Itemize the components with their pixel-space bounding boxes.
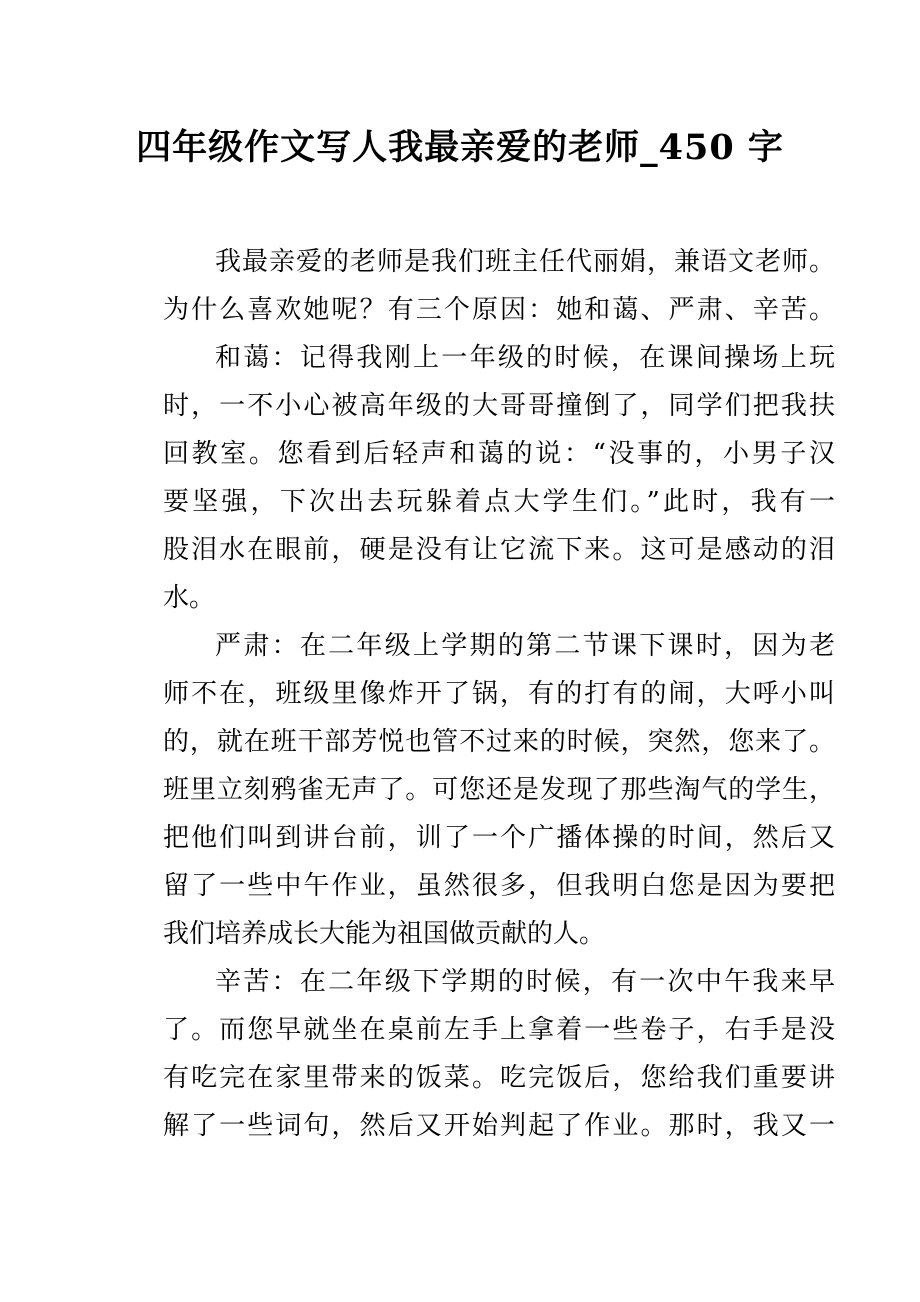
text-line: 班里立刻鸦雀无声了。可您还是发现了那些淘气的学生， xyxy=(163,766,835,814)
text-line: 要坚强，下次出去玩躲着点大学生们。”此时，我有一 xyxy=(163,478,835,526)
text-line: 股泪水在眼前，硬是没有让它流下来。这可是感动的泪 xyxy=(163,526,835,574)
text-line: 留了一些中午作业，虽然很多，但我明白您是因为要把 xyxy=(163,862,835,910)
text-line: 我们培养成长大能为祖国做贡献的人。 xyxy=(163,910,835,958)
document-body: 我最亲爱的老师是我们班主任代丽娟，兼语文老师。为什么喜欢她呢？有三个原因：她和蔼… xyxy=(163,238,835,1150)
text-line: 为什么喜欢她呢？有三个原因：她和蔼、严肃、辛苦。 xyxy=(163,286,835,334)
text-line: 师不在，班级里像炸开了锅，有的打有的闹，大呼小叫 xyxy=(163,670,835,718)
text-line: 的，就在班干部芳悦也管不过来的时候，突然，您来了。 xyxy=(163,718,835,766)
document-page: 四年级作文写人我最亲爱的老师_450 字 我最亲爱的老师是我们班主任代丽娟，兼语… xyxy=(0,0,920,1302)
text-line: 辛苦：在二年级下学期的时候，有一次中午我来早 xyxy=(163,958,835,1006)
text-line: 把他们叫到讲台前，训了一个广播体操的时间，然后又 xyxy=(163,814,835,862)
text-line: 有吃完在家里带来的饭菜。吃完饭后，您给我们重要讲 xyxy=(163,1054,835,1102)
text-line: 时，一不小心被高年级的大哥哥撞倒了，同学们把我扶 xyxy=(163,382,835,430)
text-line: 了。而您早就坐在桌前左手上拿着一些卷子，右手是没 xyxy=(163,1006,835,1054)
text-line: 解了一些词句，然后又开始判起了作业。那时，我又一 xyxy=(163,1102,835,1150)
text-line: 我最亲爱的老师是我们班主任代丽娟，兼语文老师。 xyxy=(163,238,835,286)
text-line: 水。 xyxy=(163,574,835,622)
text-line: 和蔼：记得我刚上一年级的时候，在课间操场上玩 xyxy=(163,334,835,382)
text-line: 回教室。您看到后轻声和蔼的说：“没事的，小男子汉 xyxy=(163,430,835,478)
text-line: 严肃：在二年级上学期的第二节课下课时，因为老 xyxy=(163,622,835,670)
document-title: 四年级作文写人我最亲爱的老师_450 字 xyxy=(0,118,920,178)
